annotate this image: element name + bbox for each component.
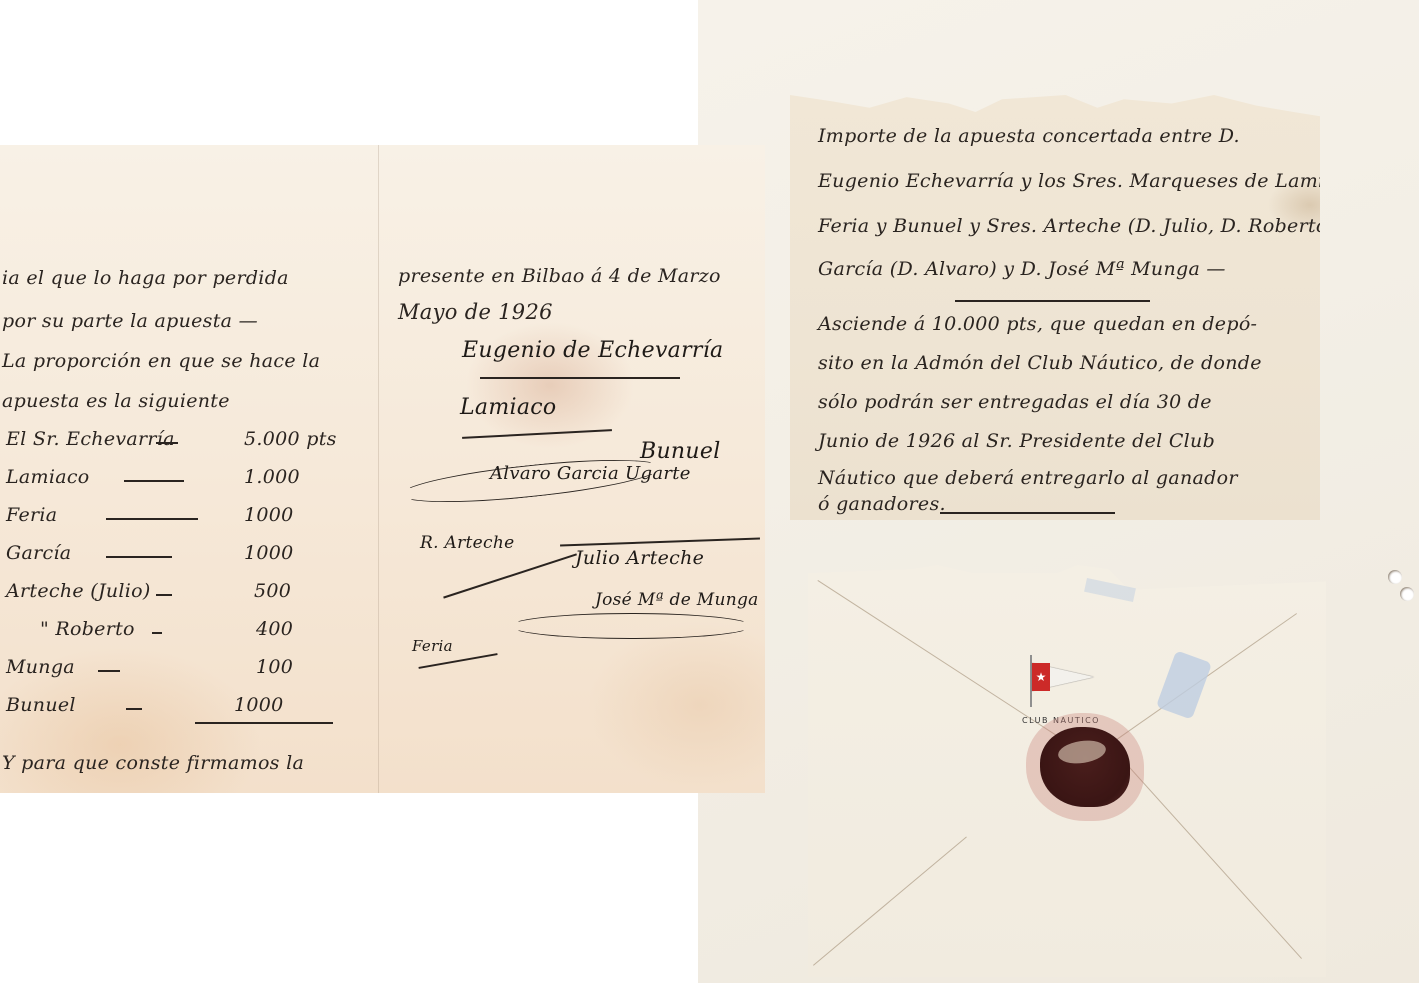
dash bbox=[152, 632, 162, 634]
letter-line: La proporción en que se hace la bbox=[2, 350, 320, 372]
letter-line: presente en Bilbao á 4 de Marzo bbox=[398, 265, 721, 287]
signature-underline bbox=[480, 377, 680, 379]
stake-amount: 1000 bbox=[234, 694, 284, 716]
dash bbox=[124, 480, 184, 482]
deposit-note: Importe de la apuesta concertada entre D… bbox=[790, 95, 1320, 520]
note-line: Feria y Bunuel y Sres. Arteche (D. Julio… bbox=[818, 215, 1335, 237]
stake-name: Arteche (Julio) bbox=[6, 580, 151, 602]
letter-line: apuesta es la siguiente bbox=[2, 390, 230, 412]
total-underline bbox=[195, 722, 333, 724]
note-line: Importe de la apuesta concertada entre D… bbox=[818, 125, 1240, 147]
club-label: CLUB NAUTICO bbox=[1022, 716, 1100, 725]
letter-line: Y para que conste firmamos la bbox=[2, 752, 304, 774]
handwritten-bet-agreement: ia el que lo haga por perdida por su par… bbox=[0, 145, 765, 793]
stake-row: Lamiaco 1.000 bbox=[6, 466, 346, 502]
signature-flourish bbox=[399, 451, 663, 510]
note-line: Náutico que deberá entregarlo al ganador bbox=[818, 467, 1238, 489]
stake-row: El Sr. Echevarría 5.000 pts bbox=[6, 428, 346, 464]
stake-row: Bunuel 1000 bbox=[6, 694, 346, 730]
punch-hole-icon bbox=[1388, 570, 1402, 584]
signature: José Mª de Munga bbox=[595, 590, 759, 610]
stake-row: " Roberto 400 bbox=[40, 618, 380, 654]
signature-underline bbox=[418, 653, 497, 668]
stake-row: García 1000 bbox=[6, 542, 346, 578]
stake-name: Munga bbox=[6, 656, 75, 678]
dash bbox=[106, 518, 198, 520]
note-line: Junio de 1926 al Sr. Presidente del Club bbox=[818, 430, 1215, 452]
note-line: Eugenio Echevarría y los Sres. Marqueses… bbox=[818, 170, 1365, 192]
stake-amount: 100 bbox=[256, 656, 293, 678]
envelope-flap-edge bbox=[813, 836, 967, 965]
seal-impression bbox=[1057, 738, 1108, 766]
note-line: sólo podrán ser entregadas el día 30 de bbox=[818, 391, 1212, 413]
note-line: Asciende á 10.000 pts, que quedan en dep… bbox=[818, 313, 1257, 335]
stake-amount: 1000 bbox=[244, 504, 294, 526]
letter-line: por su parte la apuesta — bbox=[2, 310, 258, 332]
stake-row: Arteche (Julio) 500 bbox=[6, 580, 346, 616]
stake-name: García bbox=[6, 542, 71, 564]
fold-line bbox=[378, 145, 379, 793]
envelope-flap-edge bbox=[1127, 765, 1302, 959]
date-line: Mayo de 1926 bbox=[398, 300, 553, 324]
stake-name: Feria bbox=[6, 504, 57, 526]
stake-amount: 5.000 pts bbox=[244, 428, 337, 450]
stake-row: Feria 1000 bbox=[6, 504, 346, 540]
stake-row: Munga 100 bbox=[6, 656, 346, 692]
dash bbox=[106, 556, 172, 558]
letter-line: ia el que lo haga por perdida bbox=[2, 267, 289, 289]
note-line: sito en la Admón del Club Náutico, de do… bbox=[818, 352, 1262, 374]
note-line: ó ganadores. bbox=[818, 493, 946, 515]
punch-hole-icon bbox=[1400, 587, 1414, 601]
stake-name: Bunuel bbox=[6, 694, 76, 716]
signature: Lamiaco bbox=[460, 395, 556, 420]
stake-amount: 400 bbox=[256, 618, 293, 640]
signature: Eugenio de Echevarría bbox=[462, 338, 723, 363]
dash bbox=[156, 442, 178, 444]
dash bbox=[126, 708, 142, 710]
signature: R. Arteche bbox=[420, 533, 514, 553]
wax-seal-icon bbox=[1040, 727, 1130, 807]
dash bbox=[98, 670, 120, 672]
note-line: García (D. Alvaro) y D. José Mª Munga — bbox=[818, 258, 1226, 280]
stake-amount: 500 bbox=[254, 580, 291, 602]
stake-amount: 1.000 bbox=[244, 466, 300, 488]
signature-underline bbox=[443, 553, 577, 598]
signature-underline bbox=[560, 538, 760, 546]
signature: Julio Arteche bbox=[575, 547, 704, 569]
stake-name: " Roberto bbox=[40, 618, 135, 640]
stake-name: Lamiaco bbox=[6, 466, 90, 488]
signature-underline bbox=[462, 429, 612, 438]
dash bbox=[156, 594, 172, 596]
separator-rule bbox=[955, 300, 1150, 302]
stake-amount: 1000 bbox=[244, 542, 294, 564]
signature: Bunuel bbox=[640, 439, 721, 464]
stake-name: El Sr. Echevarría bbox=[6, 428, 175, 450]
signature: Feria bbox=[412, 637, 453, 655]
signature-flourish bbox=[510, 613, 752, 639]
closing-rule bbox=[940, 512, 1115, 514]
star-icon: ★ bbox=[1032, 663, 1050, 691]
